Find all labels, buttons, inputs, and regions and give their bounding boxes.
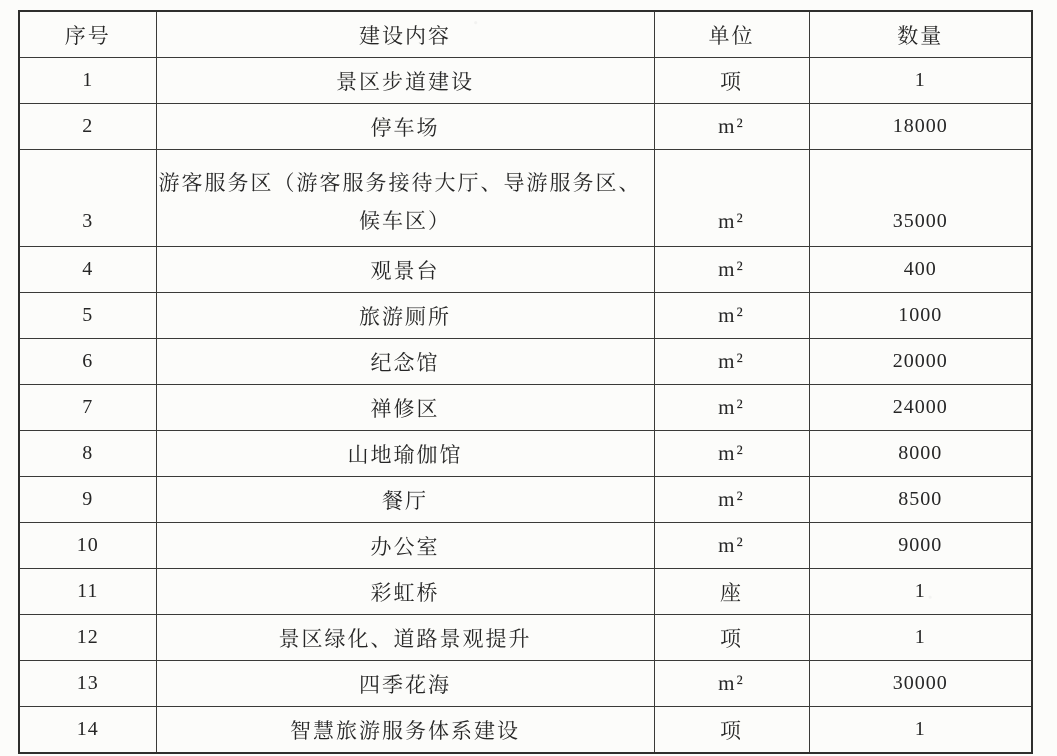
cell-unit: m² [654,293,809,339]
cell-unit: m² [654,523,809,569]
cell-content: 游客服务区（游客服务接待大厅、导游服务区、候车区） [156,150,654,247]
cell-row-number: 2 [19,104,156,150]
cell-quantity: 9000 [809,523,1032,569]
cell-row-number: 7 [19,385,156,431]
cell-quantity: 400 [809,247,1032,293]
cell-quantity: 30000 [809,661,1032,707]
cell-content: 智慧旅游服务体系建设 [156,707,654,754]
cell-row-number: 8 [19,431,156,477]
cell-content: 餐厅 [156,477,654,523]
cell-quantity: 24000 [809,385,1032,431]
header-cell-qty: 数量 [809,11,1032,58]
cell-quantity: 8000 [809,431,1032,477]
cell-row-number: 10 [19,523,156,569]
cell-row-number: 14 [19,707,156,754]
cell-content-line: 候车区） [157,202,654,240]
table-row: 5旅游厕所m²1000 [19,293,1032,339]
table-row: 12景区绿化、道路景观提升项1 [19,615,1032,661]
cell-unit: m² [654,385,809,431]
cell-content: 山地瑜伽馆 [156,431,654,477]
table-row: 8山地瑜伽馆m²8000 [19,431,1032,477]
cell-row-number: 13 [19,661,156,707]
table-row: 11彩虹桥座1 [19,569,1032,615]
cell-unit: m² [654,247,809,293]
table-row: 6纪念馆m²20000 [19,339,1032,385]
cell-quantity: 1 [809,707,1032,754]
cell-row-number: 9 [19,477,156,523]
cell-row-number: 12 [19,615,156,661]
cell-quantity: 20000 [809,339,1032,385]
cell-unit: 项 [654,615,809,661]
table-row: 13四季花海m²30000 [19,661,1032,707]
cell-content: 禅修区 [156,385,654,431]
header-cell-no: 序号 [19,11,156,58]
table-row: 2停车场m²18000 [19,104,1032,150]
cell-content: 景区步道建设 [156,58,654,104]
cell-content: 四季花海 [156,661,654,707]
header-row: 序号 建设内容 单位 数量 [19,11,1032,58]
cell-content: 办公室 [156,523,654,569]
cell-quantity: 18000 [809,104,1032,150]
cell-quantity: 8500 [809,477,1032,523]
table-row: 3游客服务区（游客服务接待大厅、导游服务区、候车区）m²35000 [19,150,1032,247]
cell-content: 纪念馆 [156,339,654,385]
cell-unit: m² [654,477,809,523]
cell-unit: m² [654,661,809,707]
table-body: 1景区步道建设项12停车场m²180003游客服务区（游客服务接待大厅、导游服务… [19,58,1032,754]
cell-unit: m² [654,339,809,385]
cell-row-number: 5 [19,293,156,339]
cell-content: 观景台 [156,247,654,293]
cell-content: 停车场 [156,104,654,150]
table-row: 7禅修区m²24000 [19,385,1032,431]
table-header: 序号 建设内容 单位 数量 [19,11,1032,58]
table-row: 14智慧旅游服务体系建设项1 [19,707,1032,754]
cell-row-number: 6 [19,339,156,385]
cell-unit: m² [654,104,809,150]
table-row: 9餐厅m²8500 [19,477,1032,523]
cell-unit: 座 [654,569,809,615]
cell-row-number: 1 [19,58,156,104]
cell-quantity: 1000 [809,293,1032,339]
cell-content: 旅游厕所 [156,293,654,339]
cell-quantity: 1 [809,615,1032,661]
cell-row-number: 11 [19,569,156,615]
table-row: 10办公室m²9000 [19,523,1032,569]
cell-unit: 项 [654,58,809,104]
cell-content-line: 游客服务区（游客服务接待大厅、导游服务区、 [157,164,654,202]
construction-items-table: 序号 建设内容 单位 数量 1景区步道建设项12停车场m²180003游客服务区… [18,10,1033,754]
cell-quantity: 1 [809,569,1032,615]
cell-content: 彩虹桥 [156,569,654,615]
table-row: 1景区步道建设项1 [19,58,1032,104]
cell-unit: m² [654,431,809,477]
table-row: 4观景台m²400 [19,247,1032,293]
cell-unit: 项 [654,707,809,754]
header-cell-content: 建设内容 [156,11,654,58]
cell-quantity: 35000 [809,150,1032,247]
cell-row-number: 4 [19,247,156,293]
cell-unit: m² [654,150,809,247]
scanned-document-page: 序号 建设内容 单位 数量 1景区步道建设项12停车场m²180003游客服务区… [0,0,1057,756]
cell-content: 景区绿化、道路景观提升 [156,615,654,661]
cell-row-number: 3 [19,150,156,247]
cell-quantity: 1 [809,58,1032,104]
header-cell-unit: 单位 [654,11,809,58]
